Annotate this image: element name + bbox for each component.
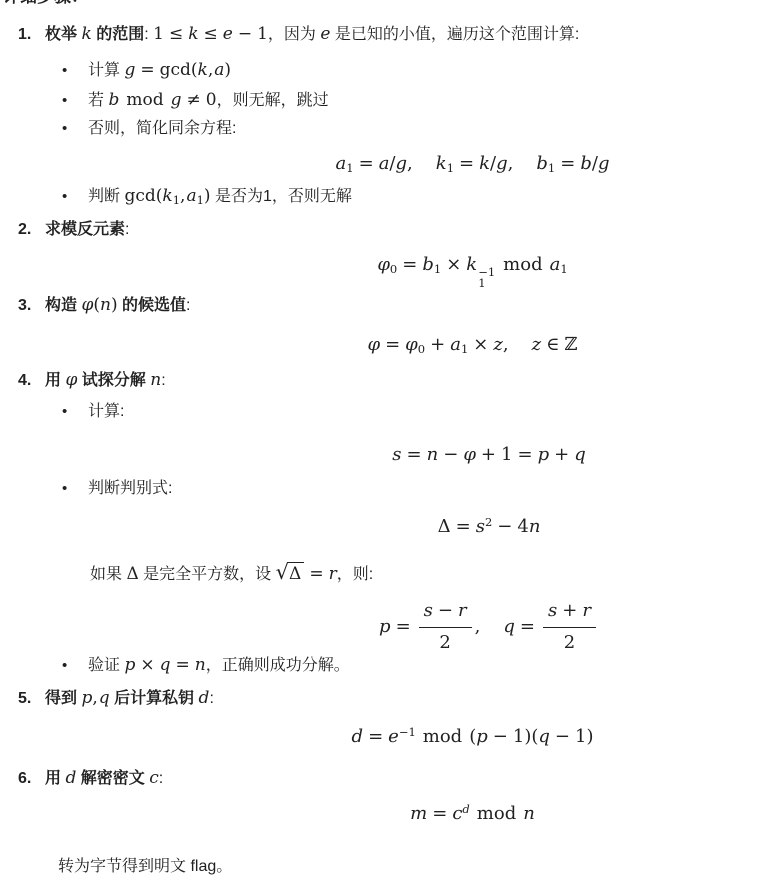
bullet-icon [62,477,88,501]
bullet-simplify-congruence: 否则，简化同余方程: [62,117,236,141]
bullet-verify-product: 验证 p×q=n，正确则成功分解。 [62,653,350,678]
bullet-icon [62,400,88,424]
bullet-discriminant: 判断判别式: [62,477,172,501]
step-2-text: 求模反元素: [45,221,129,238]
bullet-icon [62,117,88,141]
step-1-text: 枚举 k 的范围: 1≤k≤e−1，因为 e 是已知的小值，遍历这个范围计算: [45,26,579,43]
formula-private-key: d=e−1mod(p−1)(q−1) [45,723,757,750]
step-4-number: 4. [18,369,45,393]
document: 详细步骤： 1.枚举 k 的范围: 1≤k≤e−1，因为 e 是已知的小值，遍历… [0,0,757,895]
step-3-number: 3. [18,294,45,318]
step-3: 3.构造 φ(n) 的候选值: [18,293,191,318]
step-5-number: 5. [18,687,45,711]
bullet-icon [62,654,88,678]
bullet-no-solution-skip: 若 bmodg≠0，则无解，跳过 [62,88,329,113]
bullet-icon [62,185,88,209]
step-6-number: 6. [18,767,45,791]
formula-p-q-roots: p=s−r2,q=s+r2 [88,598,757,656]
formula-phi-candidates: φ=φ0+a1×z,z∈ℤ [45,331,757,358]
step-4: 4.用 φ 试探分解 n: [18,368,166,393]
paragraph-perfect-square: 如果 Δ 是完全平方数，设 √Δ=r，则: [90,560,373,587]
step-2: 2.求模反元素: [18,218,129,242]
clipped-heading: 详细步骤： [3,0,88,8]
bullet-text: 验证 p×q=n，正确则成功分解。 [88,657,350,674]
formula-modular-inverse: φ0=b1×k−11moda1 [45,251,757,289]
bullet-text: 计算 g=gcd(k,a) [88,62,231,79]
bullet-icon [62,59,88,83]
step-6: 6.用 d 解密密文 c: [18,766,163,791]
bullet-text: 判断判别式: [88,480,172,497]
bullet-icon [62,89,88,113]
formula-decrypt: m=cdmodn [45,800,757,827]
step-4-text: 用 φ 试探分解 n: [45,372,166,389]
step-6-text: 用 d 解密密文 c: [45,770,163,787]
formula-reduced-terms: a1=a/g,k1=k/g,b1=b/g [45,150,757,177]
formula-discriminant: Δ=s2−4n [88,513,757,540]
bullet-text: 若 bmodg≠0，则无解，跳过 [88,92,329,109]
formula-sum-pq: s=n−φ+1=p+q [88,441,757,468]
bullet-text: 否则，简化同余方程: [88,120,236,137]
step-2-number: 2. [18,218,45,242]
step-5-text: 得到 p,q 后计算私钥 d: [45,690,214,707]
step-1-number: 1. [18,23,45,47]
step-1: 1.枚举 k 的范围: 1≤k≤e−1，因为 e 是已知的小值，遍历这个范围计算… [18,22,579,47]
paragraph-flag: 转为字节得到明文 flag。 [58,855,232,879]
bullet-check-gcd-one: 判断 gcd(k1,a1) 是否为1，否则无解 [62,184,352,209]
bullet-compute: 计算: [62,400,124,424]
bullet-compute-gcd: 计算 g=gcd(k,a) [62,58,231,83]
step-3-text: 构造 φ(n) 的候选值: [45,297,191,314]
step-5: 5.得到 p,q 后计算私钥 d: [18,686,214,711]
bullet-text: 计算: [88,403,124,420]
bullet-text: 判断 gcd(k1,a1) 是否为1，否则无解 [88,188,352,205]
